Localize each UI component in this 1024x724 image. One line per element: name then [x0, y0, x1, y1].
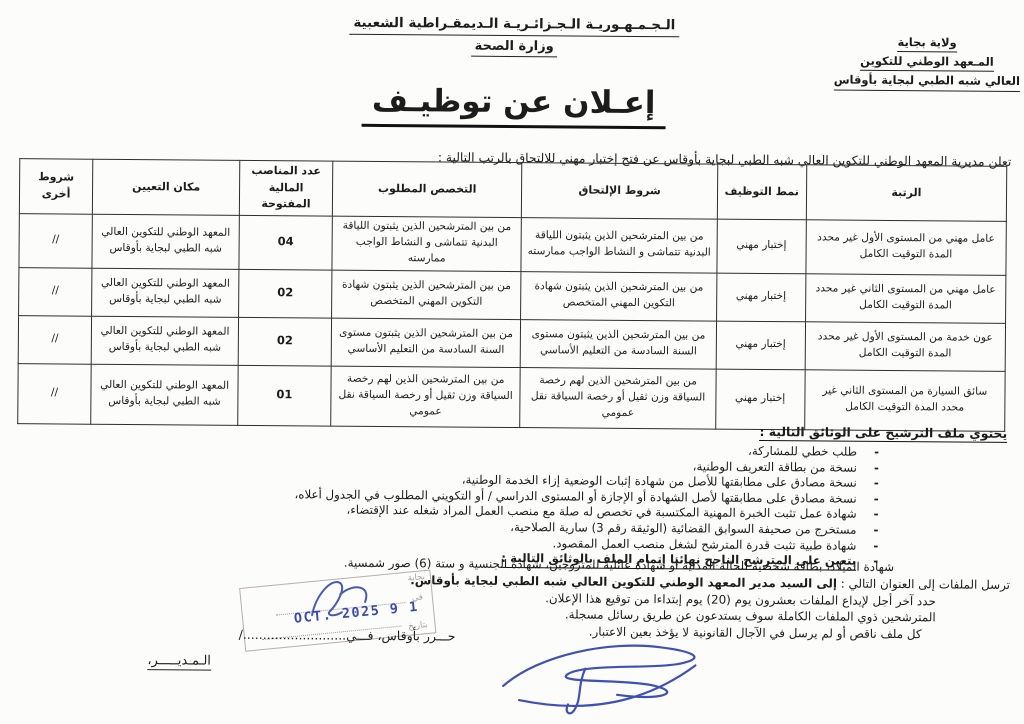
col-conditions: شروط الإلتحاق: [522, 163, 718, 219]
announcement-title-wrap: إعـلان عن توظيـف: [2, 80, 1024, 132]
other-cell: //: [18, 315, 91, 364]
place-cell: المعهد الوطني للتكوين العالي شبه الطبي ل…: [92, 214, 239, 269]
dash-bullet: -: [874, 507, 879, 523]
dash-bullet: -: [873, 523, 878, 539]
mode-cell: إختبار مهني: [717, 219, 806, 274]
dash-bullet: -: [874, 476, 879, 492]
positions-cell: 04: [239, 215, 332, 270]
dash-bullet: -: [874, 445, 879, 461]
col-rank: الرتبة: [806, 165, 1007, 221]
announcement-title: إعـلان عن توظيـف: [362, 83, 666, 129]
stamp-text: بجاية: [407, 572, 425, 584]
document-page: الـجـمـهـوريـة الـجـزائـريـة الـديمقـراط…: [0, 0, 1024, 724]
letterhead-right: ولاية بجاية المـعهد الوطني للتكوين العال…: [834, 33, 1021, 92]
table-row: عون خدمة من المستوى الأول غير محدد المدة…: [18, 315, 1005, 371]
col-recruitment-mode: نمط التوظيف: [717, 164, 806, 219]
director-signature: [489, 634, 720, 721]
place-cell: المعهد الوطني للتكوين العالي شبه الطبي ل…: [92, 268, 239, 317]
mode-cell: إختبار مهني: [716, 321, 805, 370]
dash-bullet: -: [874, 460, 879, 476]
wilaya-label: ولاية بجاية: [897, 36, 956, 53]
director-address: إلى السيد مدير المعهد الوطني للتكوين الع…: [410, 573, 837, 590]
positions-cell: 02: [238, 317, 331, 366]
conditions-cell: من بين المترشحين الذين يثبتون اللياقة ال…: [521, 217, 717, 273]
mode-cell: إختبار مهني: [716, 273, 805, 322]
other-cell: //: [19, 213, 92, 268]
specialty-cell: من بين المترشحين الذين يثبتون شهادة التك…: [331, 270, 521, 319]
conditions-cell: من بين المترشحين الذين يثبتون مستوى السن…: [521, 319, 717, 369]
institute-line1: المـعهد الوطني للتكوين: [860, 55, 994, 72]
dash-bullet: -: [874, 492, 879, 508]
col-assignment-place: مكان التعيين: [92, 159, 239, 215]
rank-cell: عون خدمة من المستوى الأول غير محدد المدة…: [805, 321, 1006, 371]
documents-heading: يحتوي ملف الترشيح على الوثائق التالية :: [759, 424, 1007, 443]
documents-list: -طلب خطي للمشاركة، -نسخة من بطاقة التعري…: [0, 438, 879, 571]
dash-bullet: -: [873, 538, 878, 554]
rank-cell: عامل مهني من المستوى الثاني غير محدد الم…: [805, 273, 1006, 323]
required-documents-section: يحتوي ملف الترشيح على الوثائق التالية : …: [0, 415, 1007, 572]
table-row: عامل مهني من المستوى الأول غير محدد المد…: [19, 213, 1006, 275]
issued-at-line: حـــرر بأوقاس، فـــي....................…: [100, 626, 456, 644]
specialty-cell: من بين المترشحين الذين يثبتون مستوى السن…: [331, 318, 521, 367]
rank-cell: عامل مهني من المستوى الأول غير محدد المد…: [806, 219, 1007, 275]
specialty-cell: من بين المترشحين الذين يثبتون اللياقة ال…: [332, 216, 522, 271]
conditions-cell: من بين المترشحين الذين يثبتون شهادة التك…: [521, 271, 717, 321]
republic-title: الـجـمـهـوريـة الـجـزائـريـة الـديمقـراط…: [349, 16, 679, 37]
other-cell: //: [19, 267, 92, 316]
col-open-positions: عدد المناصب المالية المفتوحة: [239, 160, 332, 215]
ministry-title: وزارة الصحة: [472, 40, 557, 58]
scan-tilt-wrapper: الـجـمـهـوريـة الـجـزائـريـة الـديمقـراط…: [0, 0, 1024, 724]
positions-cell: 02: [239, 269, 332, 318]
table-row: عامل مهني من المستوى الثاني غير محدد الم…: [19, 267, 1006, 323]
col-other-conditions: شروط أخرى: [19, 159, 92, 214]
place-cell: المعهد الوطني للتكوين العالي شبه الطبي ل…: [91, 316, 238, 365]
jobs-table: الرتبة نمط التوظيف شروط الإلتحاق التخصص …: [17, 158, 1007, 431]
col-specialty: التخصص المطلوب: [332, 161, 522, 217]
director-signature-label: الـمـديـــــر،: [147, 653, 211, 670]
dotted-fill: ........................../: [239, 627, 347, 643]
table-header-row: الرتبة نمط التوظيف شروط الإلتحاق التخصص …: [19, 159, 1006, 221]
